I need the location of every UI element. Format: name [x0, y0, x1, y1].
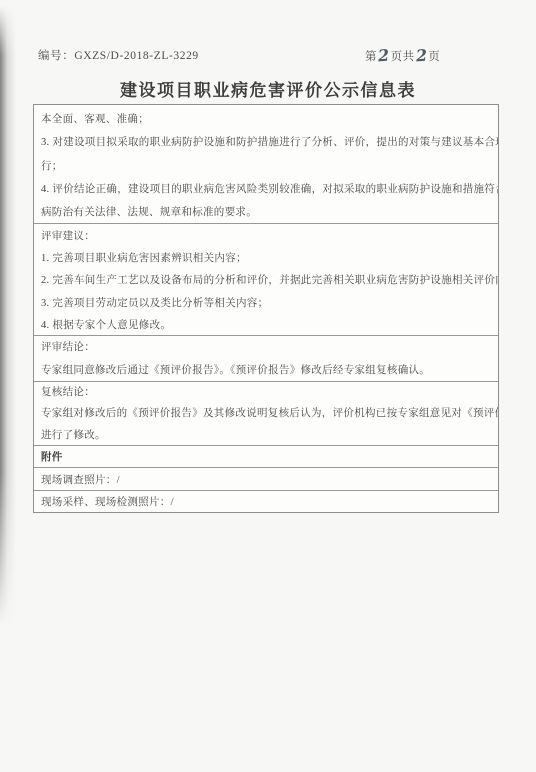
text-line: 现场采样、现场检测照片：/ [41, 494, 174, 509]
table-row-recheck-conclusion: 复核结论： 专家组对修改后的《预评价报告》及其修改说明复核后认为，评价机构已按专… [34, 381, 498, 445]
text-line: 3. 对建设项目拟采取的职业病防护设施和防护措施进行了分析、评价，提出的对策与建… [41, 131, 492, 154]
page-info: 第2页共2页 [365, 45, 440, 64]
text-line: 病防治有关法律、法规、规章和标准的要求。 [41, 201, 492, 223]
text-line: 行； [41, 155, 492, 178]
handwritten-total-pages: 2 [415, 46, 428, 66]
doc-number: 编号：GXZS/D-2018-ZL-3229 [38, 47, 199, 63]
table-row-site-survey-photos: 现场调查照片：/ [34, 467, 498, 490]
text-line: 进行了修改。 [41, 425, 492, 445]
text-line: 专家组同意修改后通过《预评价报告》。《预评价报告》修改后经专家组复核确认。 [41, 360, 492, 382]
table-row-review-suggestions: 评审建议： 1. 完善项目职业病危害因素辨识相关内容； 2. 完善车间生产工艺以… [34, 223, 498, 335]
page-title: 建设项目职业病危害评价公示信息表 [0, 76, 536, 101]
text-line: 1. 完善项目职业病危害因素辨识相关内容； [41, 248, 492, 270]
table-row-site-sampling-photos: 现场采样、现场检测照片：/ [34, 490, 498, 512]
doc-number-value: GXZS/D-2018-ZL-3229 [74, 50, 198, 62]
text-line: 4. 根据专家个人意见修改。 [41, 315, 492, 335]
page-info-prefix: 第 [365, 51, 377, 63]
scanned-document-page: 编号：GXZS/D-2018-ZL-3229 第2页共2页 建设项目职业病危害评… [0, 0, 536, 772]
text-line: 专家组对修改后的《预评价报告》及其修改说明复核后认为，评价机构已按专家组意见对《… [41, 403, 492, 424]
text-line: 评审结论： [41, 337, 492, 360]
table-row-attachment-header: 附件 [34, 445, 498, 467]
info-table: 本全面、客观、准确； 3. 对建设项目拟采取的职业病防护设施和防护措施进行了分析… [33, 104, 499, 513]
text-line: 现场调查照片：/ [41, 472, 120, 487]
text-line: 本全面、客观、准确； [41, 108, 492, 131]
doc-number-label: 编号： [38, 50, 74, 62]
table-row-review-conclusion: 评审结论： 专家组同意修改后通过《预评价报告》。《预评价报告》修改后经专家组复核… [34, 335, 498, 381]
text-line: 4. 评价结论正确，建设项目的职业病危害风险类别较准确，对拟采取的职业病防护设施… [41, 178, 492, 201]
text-line: 2. 完善车间生产工艺以及设备布局的分析和评价，并据此完善相关职业病危害防护设施… [41, 270, 492, 292]
text-line: 附件 [41, 449, 63, 464]
text-line: 复核结论： [41, 382, 492, 403]
table-row-evaluation-conclusion: 本全面、客观、准确； 3. 对建设项目拟采取的职业病防护设施和防护措施进行了分析… [34, 105, 498, 223]
text-line: 评审建议： [41, 226, 492, 248]
handwritten-current-page: 2 [377, 46, 390, 66]
page-info-suffix: 页 [428, 51, 440, 63]
text-line: 3. 完善项目劳动定员以及类比分析等相关内容； [41, 293, 492, 315]
page-info-middle: 页共 [391, 51, 415, 63]
